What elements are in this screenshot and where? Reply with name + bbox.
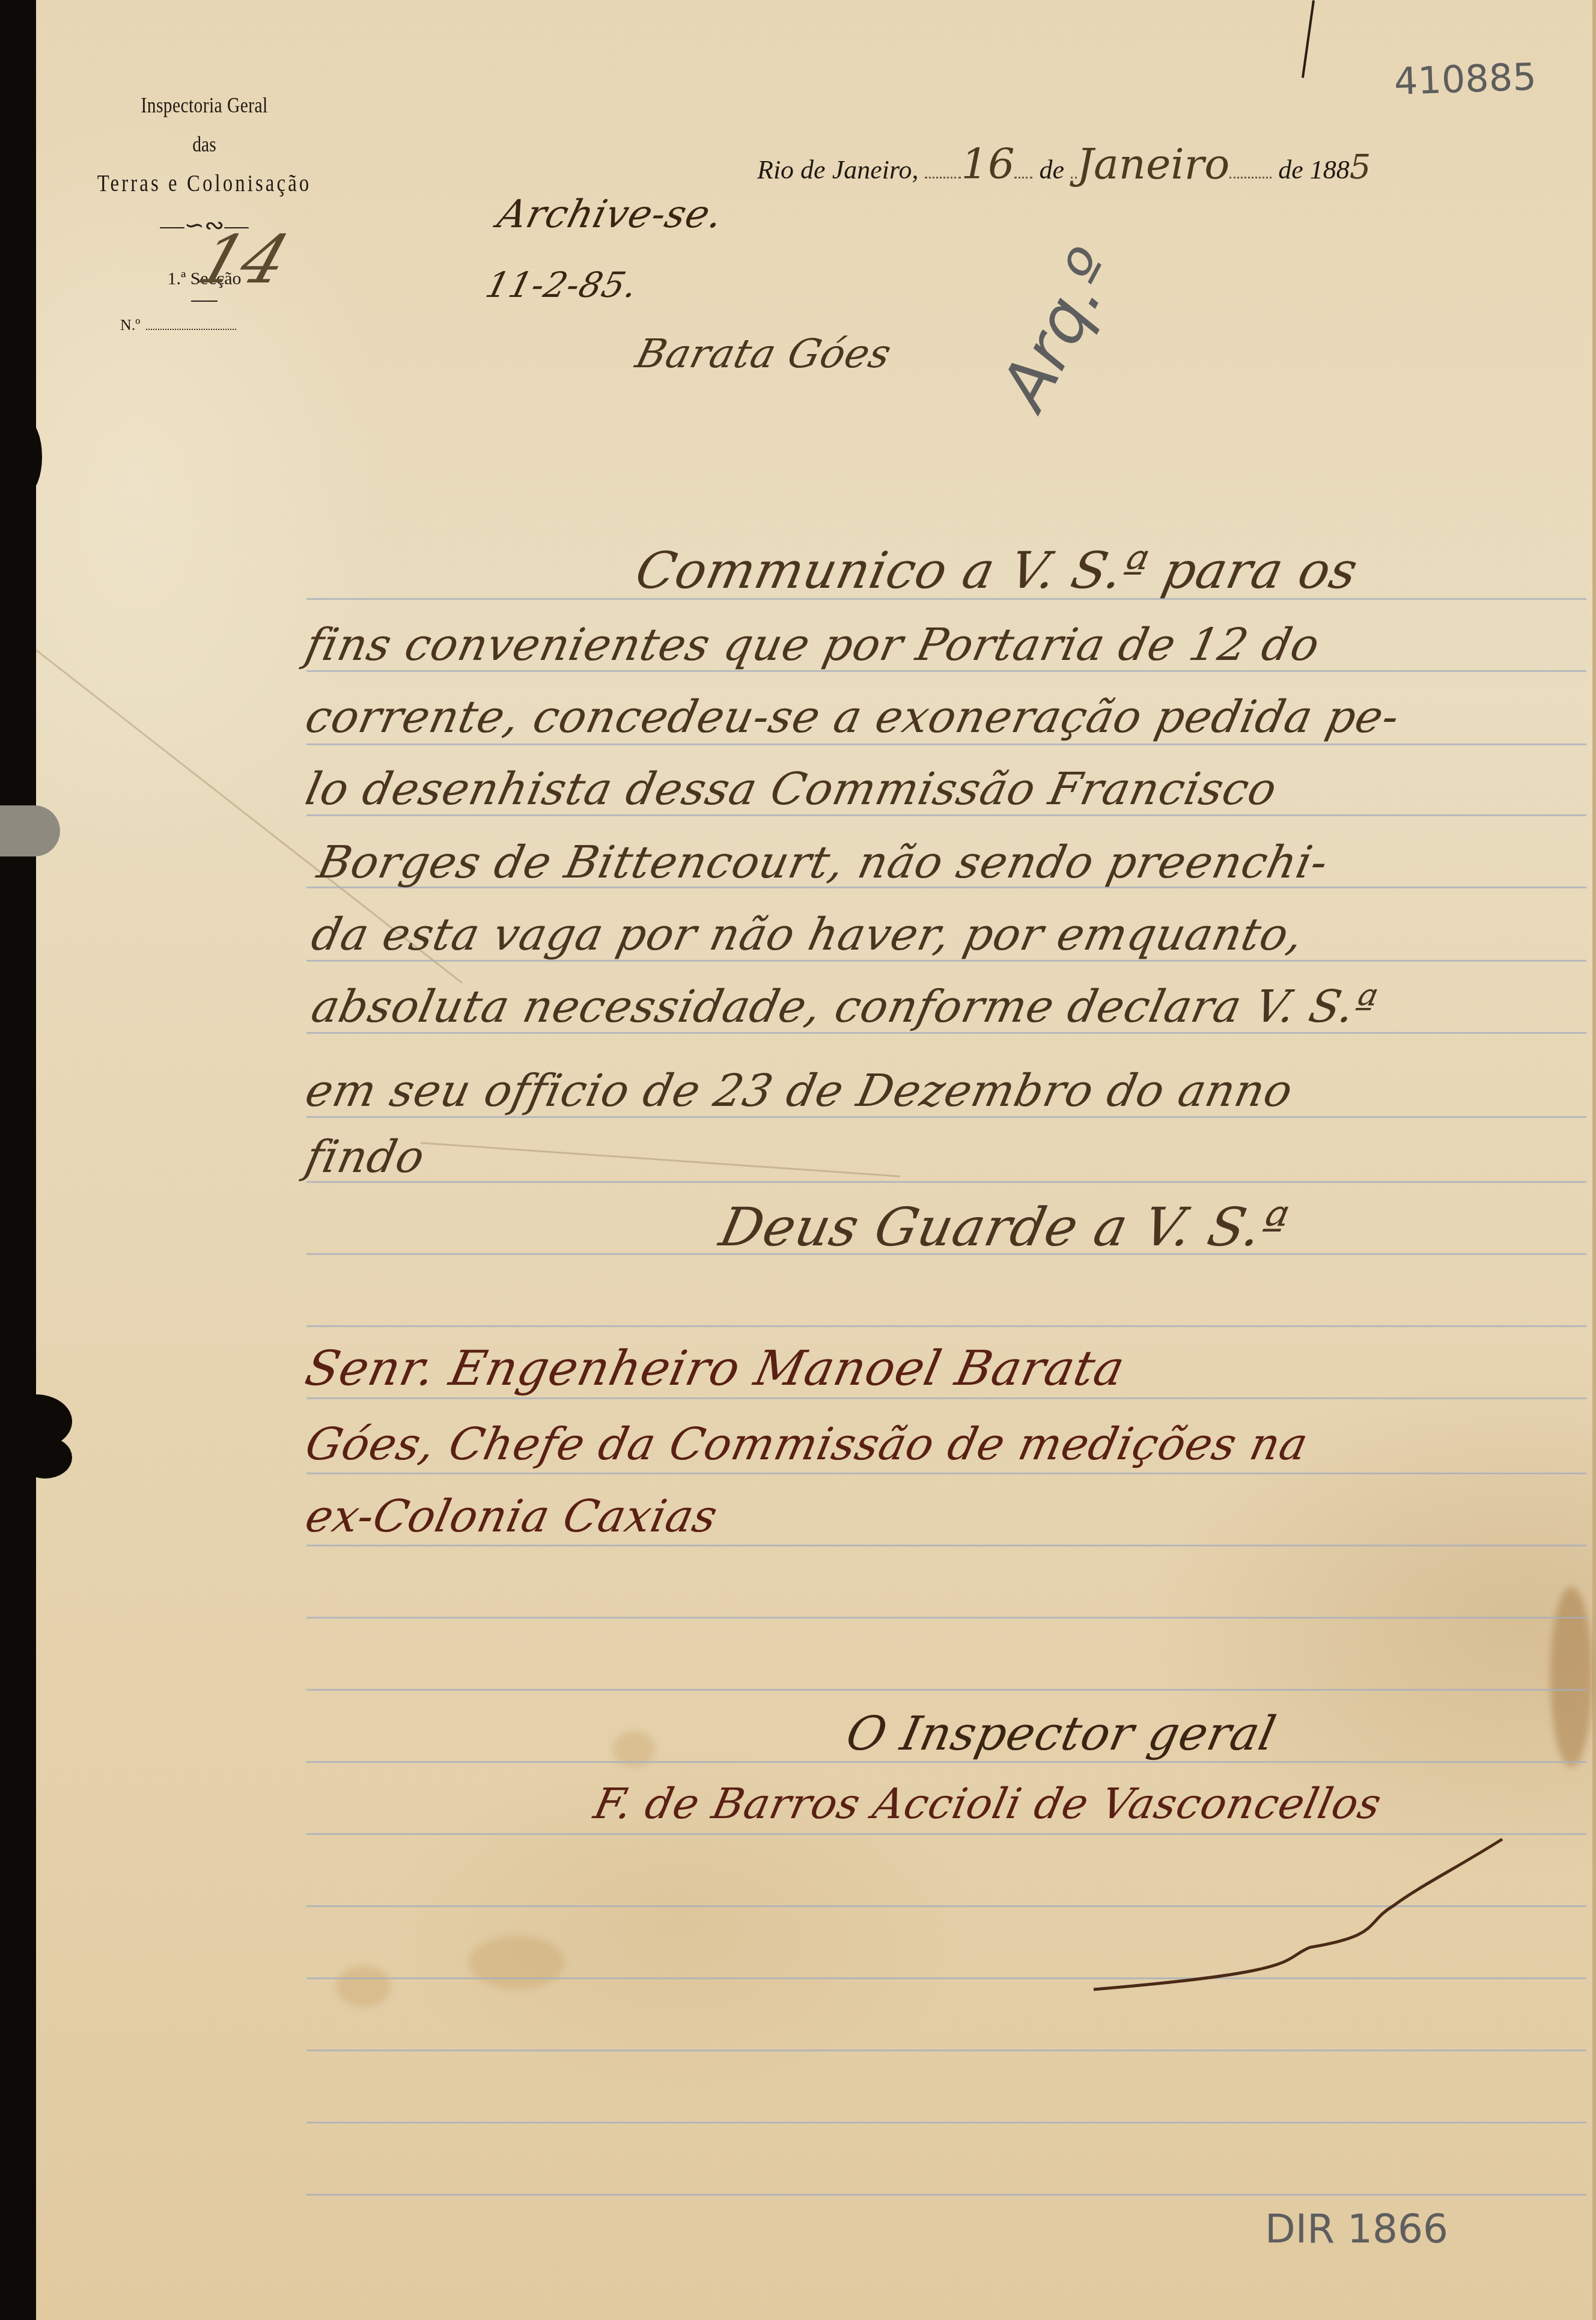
closing-salutation: Deus Guarde a V. S.ª — [714, 1196, 1294, 1258]
body-line-7: absoluta necessidade, conforme declara V… — [307, 981, 1381, 1033]
date-dotted-line — [925, 176, 961, 179]
section-dash — [191, 301, 218, 302]
ruled-line — [306, 2050, 1586, 2051]
foxing-stain — [337, 1965, 391, 2007]
edge-damage-blot — [18, 1436, 72, 1479]
ruled-line — [306, 1181, 1586, 1183]
date-dotted-line — [1229, 176, 1272, 179]
dateline: Rio de Janeiro, 16 de Janeiro de 1885 — [757, 139, 1371, 189]
document-number-field: N.º — [66, 316, 343, 334]
letterhead-line-3: Terras e Colonisação — [91, 162, 317, 204]
repair-patch — [0, 805, 60, 856]
letterhead-line-1: Inspectoria Geral — [91, 84, 317, 126]
body-line-2: fins convenientes que por Portaria de 12… — [301, 619, 1324, 671]
addressee-line-1: Senr. Engenheiro Manoel Barata — [300, 1340, 1130, 1396]
body-line-3: corrente, concedeu-se a exoneração pedid… — [301, 691, 1404, 743]
ruled-line — [306, 1473, 1586, 1474]
annotation-date: 11-2-85. — [482, 264, 642, 305]
date-day: 16 — [961, 139, 1014, 189]
date-de-2: de — [1278, 155, 1303, 185]
ruled-line — [306, 743, 1586, 745]
annotation-signature: Barata Góes — [631, 331, 896, 377]
body-line-9: findo — [301, 1131, 430, 1183]
signature-flourish-icon — [1082, 1815, 1538, 1995]
ornament-divider-icon: —∽∾— — [66, 204, 343, 246]
date-dotted-line — [1014, 176, 1032, 179]
addressee-line-3: ex-Colonia Caxias — [301, 1491, 722, 1542]
archive-number: 410885 — [1393, 55, 1537, 103]
annotation-archive: Archive-se. — [493, 192, 728, 237]
ruled-line — [306, 1617, 1586, 1619]
body-line-8: em seu officio de 23 de Dezembro do anno — [301, 1065, 1297, 1117]
edge-damage-blot — [0, 902, 29, 947]
archive-code: DIR 1866 — [1265, 2206, 1448, 2252]
date-place: Rio de Janeiro, — [757, 155, 918, 185]
number-dotted-line — [146, 328, 236, 330]
ruled-line — [306, 1325, 1586, 1327]
signer-title: O Inspector geral — [841, 1707, 1281, 1761]
ruled-line — [306, 2194, 1586, 2196]
letterhead-line-2: das — [91, 126, 317, 162]
date-year-printed: 188 — [1310, 155, 1350, 185]
edge-stain — [1550, 1587, 1592, 1767]
date-month: Janeiro — [1077, 139, 1229, 189]
body-line-5: Borges de Bittencourt, não sendo preench… — [313, 837, 1333, 888]
body-line-1: Communico a V. S.ª para os — [631, 541, 1363, 600]
foxing-stain — [469, 1935, 565, 1989]
date-year-handwritten: 5 — [1350, 148, 1371, 187]
edge-damage-blot — [12, 421, 42, 493]
damaged-left-edge — [0, 0, 36, 2320]
ruled-line — [306, 1689, 1586, 1691]
ruled-line — [306, 1397, 1586, 1399]
date-dotted-line — [1071, 176, 1077, 179]
date-de-1: de — [1039, 155, 1064, 185]
body-line-6: da esta vaga por não haver, por emquanto… — [307, 909, 1308, 960]
ruled-line — [306, 2122, 1586, 2123]
addressee-line-2: Góes, Chefe da Commissão de medições na — [301, 1418, 1313, 1470]
number-label: N.º — [120, 316, 140, 334]
body-line-4: lo desenhista dessa Commissão Francisco — [301, 763, 1282, 815]
ruled-line — [306, 1761, 1586, 1763]
ruled-line — [306, 1545, 1586, 1546]
